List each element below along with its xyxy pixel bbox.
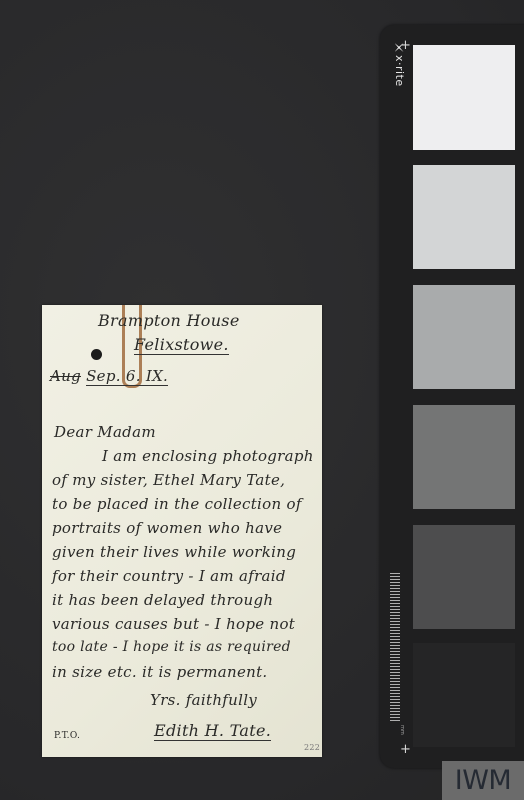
salutation: Dear Madam <box>54 423 156 441</box>
closing: Yrs. faithfully <box>150 691 257 709</box>
date: Sep. 6. IX. <box>86 367 168 386</box>
body-line: too late - I hope it is as required <box>52 639 291 655</box>
color-checker-chart: x·rite + + mm <box>380 25 524 768</box>
punch-hole <box>91 349 102 360</box>
date-line: Aug Sep. 6. IX. <box>50 367 168 385</box>
swatch-dark-gray <box>413 525 515 629</box>
mm-ruler <box>390 573 400 721</box>
body-line: I am enclosing photograph <box>102 447 314 465</box>
registration-mark-icon: + <box>400 743 411 756</box>
ruler-unit-label: mm <box>399 725 405 735</box>
iwm-watermark: IWM <box>442 761 524 800</box>
date-struck-out: Aug <box>50 367 81 385</box>
body-line: given their lives while working <box>52 543 296 561</box>
address-line-1: Brampton House <box>98 311 240 330</box>
body-line: portraits of women who have <box>52 519 282 537</box>
signature: Edith H. Tate. <box>154 721 271 741</box>
body-line: for their country - I am afraid <box>52 567 286 585</box>
body-line: in size etc. it is permanent. <box>52 663 267 681</box>
swatch-white <box>413 45 515 150</box>
body-line: it has been delayed through <box>52 591 273 609</box>
page-number: 222 <box>304 743 320 752</box>
body-line: various causes but - I hope not <box>52 615 295 633</box>
swatch-mid-gray <box>413 405 515 509</box>
body-line: to be placed in the collection of <box>52 495 302 513</box>
swatch-mid-light-gray <box>413 285 515 389</box>
postcard: Brampton House Felixstowe. Aug Sep. 6. I… <box>42 305 322 757</box>
body-line: of my sister, Ethel Mary Tate, <box>52 471 285 489</box>
swatch-black <box>413 643 515 747</box>
pto-note: P.T.O. <box>54 731 80 741</box>
registration-mark-icon: + <box>400 39 411 52</box>
address-line-2: Felixstowe. <box>134 335 229 355</box>
swatch-light-gray <box>413 165 515 269</box>
